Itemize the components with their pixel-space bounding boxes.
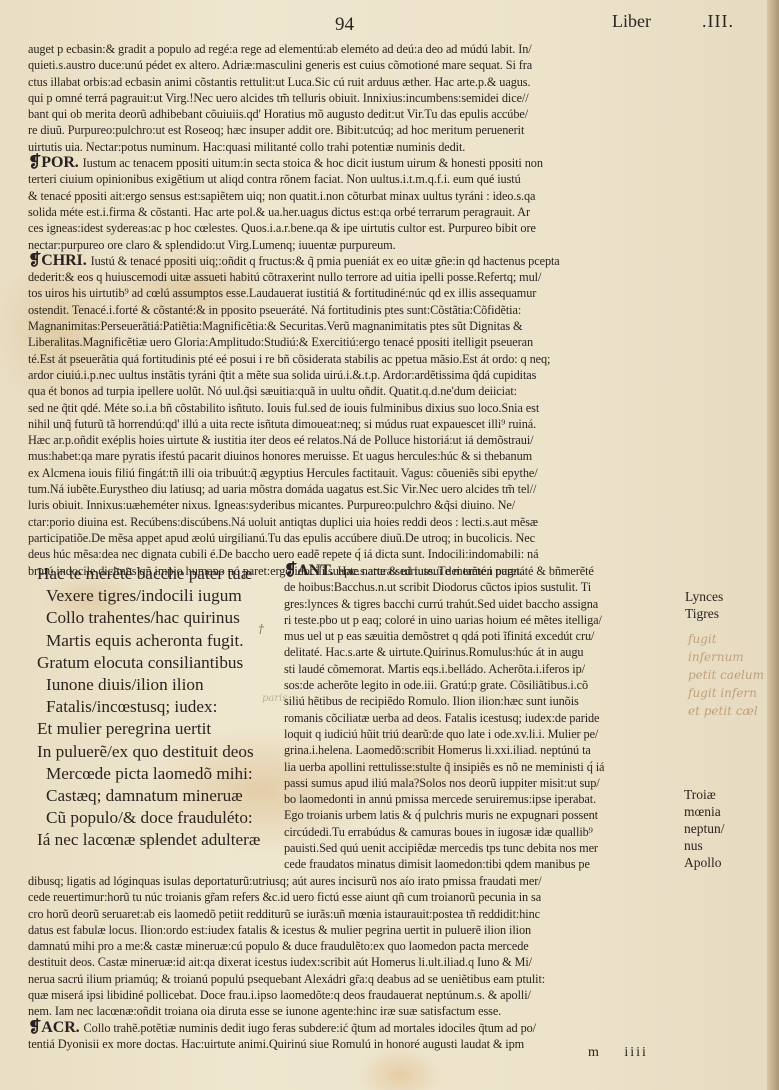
- text-line: bant qui ob merita deorũ adhibebant cõui…: [28, 106, 660, 122]
- text-line: ex Alcmena iouis filiú fingát:tñ illi oi…: [28, 465, 660, 481]
- signature-number: iiii: [624, 1045, 648, 1060]
- verse-line: Martis equis acheronta fugit.: [37, 630, 260, 652]
- text-line: dibusq; ligatis ad lóginquas isulas depo…: [28, 873, 660, 889]
- text-line: destituit deos. Castæ mineruæ:id ait:qa …: [28, 954, 660, 970]
- text-line: Hæc ar.p.oñdit exéplis hoies uirtute & i…: [28, 432, 660, 448]
- handwritten-paris: paris: [262, 690, 287, 708]
- marginal-note-lynces: Lynces Tigres: [685, 588, 723, 622]
- section-mark-cant: ❡ANT.: [284, 562, 334, 579]
- text-line: quieti.s.austro duce:unú pédet ex altero…: [28, 57, 660, 73]
- text-line: nem. Iam nec lacœnæ:oñdit troiana oia di…: [28, 1003, 660, 1019]
- text-line: deus húc mẽsa:dea nec dignata cubili é.D…: [28, 546, 660, 562]
- commentary-cant-block: ❡ANT. Hac.s.arte & uirtute. Te merẽté.i …: [284, 563, 654, 873]
- text-line: bo laomedonti in annú pmissa mercede ser…: [284, 791, 654, 807]
- text-line: ctus illabat orbis:ad ecbasin animi cõst…: [28, 74, 660, 90]
- text-line: circúdedi.Tu errabúdus & camuras boues i…: [284, 824, 654, 840]
- running-head: Liber: [612, 11, 651, 32]
- text-line: qui p omné terrá pagrauit:ut Virg.!Nec u…: [28, 90, 660, 106]
- verse-line: Mercœde picta laomedõ mihi:: [37, 763, 260, 785]
- handwritten-annotation: fugit infernum petit caelum fugit infern…: [688, 630, 773, 720]
- signature-letter: m: [588, 1045, 601, 1060]
- text-line: delitaté. Hac.s.arte & uirtute.Quirinus.…: [284, 644, 654, 660]
- text-line: mus:habet:qa mare pyratis ifestú pacarit…: [28, 448, 660, 464]
- text-line: quæ miserá ipsi libidiné pollicebat. Doc…: [28, 987, 660, 1003]
- verse-line: Collo trahentes/hac quirinus: [37, 607, 260, 629]
- text-line: ri teste.pbo ut p eaq; coloré in uino ua…: [284, 612, 654, 628]
- book-page: 94 Liber .III. auget p ecbasin:& gradit …: [0, 0, 779, 1090]
- text-line: gres:lynces & tigres bacchi currú trahút…: [284, 596, 654, 612]
- text-line: sti laudé cõmemorat. Martis eqs.i.bellád…: [284, 661, 654, 677]
- text-line: grina.i.helena. Laomedõ:scribit Homerus …: [284, 742, 654, 758]
- section-por-line: ❡POR. Iustum ac tenacem ppositi uitum:in…: [28, 155, 660, 171]
- text-line: re diuũ. Purpureo:pulchro:ut est Roseoq;…: [28, 122, 660, 138]
- handwritten-cross-icon: †: [258, 620, 264, 638]
- poem-verses: Hac te merẽtẽ bacche pater tuæ Vexere ti…: [37, 563, 260, 852]
- text-line: dederit:& eos q huiuscemodi uitæ assueti…: [28, 269, 660, 285]
- text-line: nectar:purpureo ore claro & splendido:ut…: [28, 237, 660, 253]
- text-line: lia uerba apollini rettulisse:stulte q̃ …: [284, 759, 654, 775]
- commentary-block: auget p ecbasin:& gradit a populo ad reg…: [28, 41, 660, 579]
- text-line: auget p ecbasin:& gradit a populo ad reg…: [28, 41, 660, 57]
- verse-line: Iunone diuis/ilion ilion: [37, 674, 260, 696]
- verse-line: Cũ populo/& doce frauduléto:: [37, 807, 260, 829]
- handwritten-duce: duce: [145, 832, 169, 850]
- commentary-bottom-block: dibusq; ligatis ad lóginquas isulas depo…: [28, 873, 660, 1052]
- text-line: uirtutis uia. Nectar:potus numinum. Hac:…: [28, 139, 660, 155]
- book-number: .III.: [702, 11, 734, 32]
- verse-line: Fatalis/incœstusq; iudex:: [37, 696, 260, 718]
- section-mark-por: ❡POR.: [28, 154, 79, 171]
- text-line: sos:de acherõte legito in ode.iii. Gratú…: [284, 677, 654, 693]
- verse-line: Vexere tigres/indocili iugum: [37, 585, 260, 607]
- text-line: pauisti.Sed quú uenit accipiẽdæ mercedis…: [284, 840, 654, 856]
- section-mark-acr: ❡ACR.: [28, 1019, 80, 1036]
- text-line: nerua sacrú ilium priamúq; & troianú pop…: [28, 971, 660, 987]
- text-line: damnatú mihi pro a me:& castæ mineruæ:cú…: [28, 938, 660, 954]
- text-line: terteri ciuium opinionibus exigẽtium ut …: [28, 171, 660, 187]
- text-line: de hoibus:Bacchus.n.ut scribit Diodorus …: [284, 579, 654, 595]
- text-line: tentiá Dyonisii ex more doctas. Hac:uirt…: [28, 1036, 660, 1052]
- text-line: té.Est át pseuerãtia quá fortitudinis pt…: [28, 351, 660, 367]
- verse-line: Hac te merẽtẽ bacche pater tuæ: [37, 563, 260, 585]
- text-line: cro horũ deorũ seruaret:ab eis laomedõ p…: [28, 906, 660, 922]
- verse-line: In puluerẽ/ex quo destituit deos: [37, 741, 260, 763]
- text-line: & tenacé ppositi ait:ergo sensus est:sap…: [28, 188, 660, 204]
- text-line: ctar:porio diuina est. Recúbens:discúben…: [28, 514, 660, 530]
- text-line: ostendit. Tenacé.i.forté & cõstanté:& in…: [28, 302, 660, 318]
- verse-line: Castæq; damnatum mineruæ: [37, 785, 260, 807]
- text-line: cede reuertimur:horũ tu núc troianis gr̃…: [28, 889, 660, 905]
- text-line: passi sumus apud iliú mala?Solos nos deo…: [284, 775, 654, 791]
- verse-line: Et mulier peregrina uertit: [37, 718, 260, 740]
- section-cant-line: ❡ANT. Hac.s.arte & uirtute. Te merẽté.i …: [284, 563, 654, 579]
- text-line: qua ét bonos ad turpia ipellere uolũt. N…: [28, 383, 660, 399]
- text-line: mus uel ut p eas sæuitia demõstret q qdá…: [284, 628, 654, 644]
- marginal-note-troiae: Troiæ mœnia neptun/ nus Apollo: [684, 786, 725, 871]
- text-line: datus est fabulæ locus. Ilion:ordo est:i…: [28, 922, 660, 938]
- text-line: sed ne q̃tit qdé. Méte so.i.a bñ cõstabi…: [28, 400, 660, 416]
- text-line: Magnanimitas:Perseuerãtiá:Patiẽtia:Magni…: [28, 318, 660, 334]
- text-line: tos uiros his uirtutib⁹ ad cœlú assumpto…: [28, 285, 660, 301]
- text-line: ardor ciuiú.i.p.nec uultus instãtis tyrá…: [28, 367, 660, 383]
- text-line: luris obiuit. Innixus:uæheméter nixus. I…: [28, 497, 660, 513]
- text-line: Ego troianis urbem latis & q́ pulchris m…: [284, 807, 654, 823]
- text-line: loquit q iudiciú hũit triú dearũ:de quo …: [284, 726, 654, 742]
- signature-mark: m iiii: [588, 1045, 648, 1061]
- section-mark-chri: ❡CHRI.: [28, 252, 87, 269]
- text-line: siliú hẽtibus de recipiẽdo Romulo. Ilion…: [284, 693, 654, 709]
- page-header: 94 Liber .III.: [0, 8, 779, 38]
- text-line: cede fraudatos minatus dimisit laomedon:…: [284, 856, 654, 872]
- text-line: solida méte est.i.firma & cõstanti. Hac …: [28, 204, 660, 220]
- page-edge-shadow: [767, 0, 779, 1090]
- text-line: romanis cõciliatæ uerba ad deos. Fatalis…: [284, 710, 654, 726]
- text-line: participatiõe.De mẽsa appet apud æolú ui…: [28, 530, 660, 546]
- text-line: nihil unq̃ futurũ tã horrendú:qd' illú a…: [28, 416, 660, 432]
- folio-number: 94: [335, 14, 354, 36]
- section-acr-line: ❡ACR. Collo trahẽ.potẽtiæ numinis dedit …: [28, 1020, 660, 1036]
- section-chri-line: ❡CHRI. Iustú & tenacé ppositi uiq;:oñdit…: [28, 253, 660, 269]
- verse-line: Gratum elocuta consiliantibus: [37, 652, 260, 674]
- text-line: tum.Ná iubẽte.Eurystheo diu latiusq; ad …: [28, 481, 660, 497]
- text-line: Liberalitas.Magnificẽtiæ uero Gloria:Amp…: [28, 334, 660, 350]
- text-line: ces igneas:idest sydereas:ac p hoc cœles…: [28, 220, 660, 236]
